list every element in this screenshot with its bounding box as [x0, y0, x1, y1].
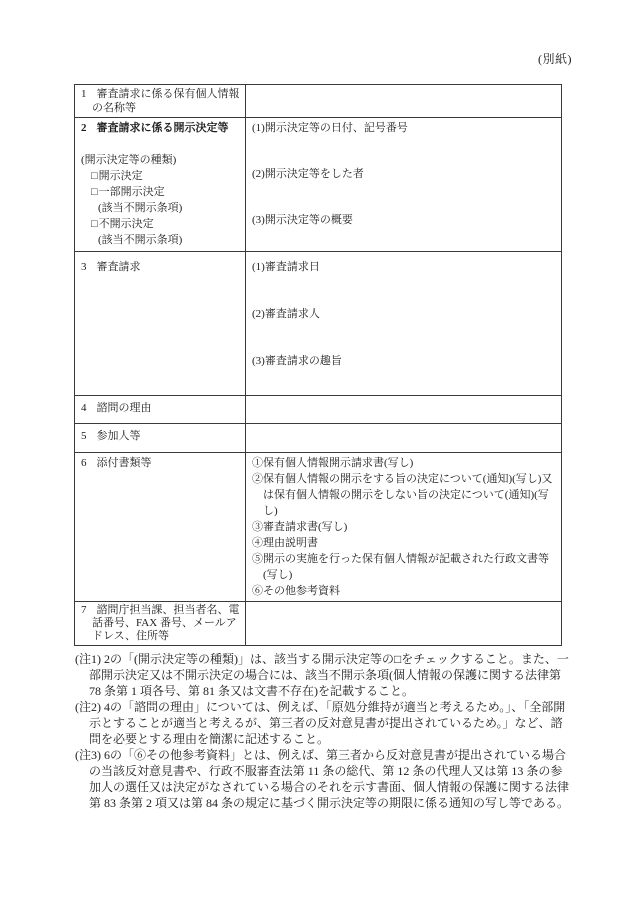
row1-title: 1審査請求に係る保有個人情報の名称等 — [81, 87, 241, 115]
row2-item-2: (2)開示決定等をした者 — [252, 166, 557, 182]
row2-label-cell: 2審査請求に係る開示決定等 (開示決定等の種類) □開示決定 □一部開示決定 (… — [75, 118, 246, 252]
attachment-item-3: ③審査請求書(写し) — [252, 519, 557, 535]
row-number: 6 — [81, 457, 97, 469]
row4-value-cell — [246, 396, 562, 424]
note-3: (注3) 6の「⑥その他参考資料」とは、例えば、第三者から反対意見書が提出されて… — [75, 747, 572, 811]
row3-item-3: (3)審査請求の趣旨 — [252, 353, 557, 369]
attachment-item-6: ⑥その他参考資料 — [252, 583, 557, 599]
row1-value-cell — [246, 85, 562, 118]
decision-option-disclosure: □開示決定 — [91, 168, 241, 184]
checkbox-label: 一部開示決定 — [99, 186, 165, 198]
row2-value-cell: (1)開示決定等の日付、記号番号 (2)開示決定等をした者 (3)開示決定等の概… — [246, 118, 562, 252]
row6-title: 6添付書類等 — [81, 455, 241, 471]
table-row-6: 6添付書類等 ①保有個人情報開示請求書(写し) ②保有個人情報の開示をする旨の決… — [75, 453, 562, 602]
row7-label-cell: 7諮問庁担当課、担当者名、電話番号、FAX 番号、メールアドレス、住所等 — [75, 602, 246, 646]
table-row-2: 2審査請求に係る開示決定等 (開示決定等の種類) □開示決定 □一部開示決定 (… — [75, 118, 562, 252]
checkbox-icon[interactable]: □ — [91, 170, 99, 182]
row1-label-cell: 1審査請求に係る保有個人情報の名称等 — [75, 85, 246, 118]
row-number: 4 — [81, 402, 97, 414]
table-row-5: 5参加人等 — [75, 424, 562, 453]
row2-title: 2審査請求に係る開示決定等 — [81, 120, 241, 136]
row3-label-cell: 3審査請求 — [75, 252, 246, 396]
non-disclosure-clause-note: (該当不開示条項) — [98, 200, 241, 216]
row-number: 2 — [81, 122, 97, 134]
note-1: (注1) 2の「(開示決定等の種類)」は、該当する開示決定等の□をチェックするこ… — [75, 651, 572, 699]
notes-section: (注1) 2の「(開示決定等の種類)」は、該当する開示決定等の□をチェックするこ… — [75, 651, 572, 811]
attachment-item-2: ②保有個人情報の開示をする旨の決定について(通知)(写し)又は保有個人情報の開示… — [252, 471, 557, 519]
row5-label-cell: 5参加人等 — [75, 424, 246, 453]
row-title-text: 審査請求に係る保有個人情報の名称等 — [92, 88, 240, 114]
row-number: 3 — [81, 261, 97, 273]
row-number: 7 — [81, 604, 97, 616]
row2-item-3: (3)開示決定等の概要 — [252, 212, 557, 228]
appeal-form-table: 1審査請求に係る保有個人情報の名称等 2審査請求に係る開示決定等 (開示決定等の… — [74, 84, 562, 646]
row6-value-cell: ①保有個人情報開示請求書(写し) ②保有個人情報の開示をする旨の決定について(通… — [246, 453, 562, 602]
note-2: (注2) 4の「諮問の理由」については、例えば、「原処分維持が適当と考えるため。… — [75, 699, 572, 747]
row-title-text: 諮問庁担当課、担当者名、電話番号、FAX 番号、メールアドレス、住所等 — [92, 604, 240, 642]
checkbox-label: 開示決定 — [99, 170, 143, 182]
attachment-label: (別紙) — [538, 50, 572, 67]
table-row-1: 1審査請求に係る保有個人情報の名称等 — [75, 85, 562, 118]
table-row-4: 4諮問の理由 — [75, 396, 562, 424]
row-title-text: 添付書類等 — [97, 457, 152, 469]
row3-value-cell: (1)審査請求日 (2)審査請求人 (3)審査請求の趣旨 — [246, 252, 562, 396]
row3-item-1: (1)審査請求日 — [252, 259, 557, 275]
attachment-item-4: ④理由説明書 — [252, 535, 557, 551]
row-title-text: 審査請求 — [97, 261, 141, 273]
row4-label-cell: 4諮問の理由 — [75, 396, 246, 424]
checkbox-label: 不開示決定 — [99, 218, 154, 230]
row-title-text: 諮問の理由 — [97, 402, 152, 414]
row6-label-cell: 6添付書類等 — [75, 453, 246, 602]
decision-type-header: (開示決定等の種類) — [81, 152, 241, 168]
table-row-3: 3審査請求 (1)審査請求日 (2)審査請求人 (3)審査請求の趣旨 — [75, 252, 562, 396]
row-title-text: 審査請求に係る開示決定等 — [97, 122, 229, 134]
row3-item-2: (2)審査請求人 — [252, 306, 557, 322]
attachment-item-1: ①保有個人情報開示請求書(写し) — [252, 455, 557, 471]
row-number: 5 — [81, 430, 97, 442]
non-disclosure-clause-note: (該当不開示条項) — [98, 232, 241, 248]
row5-value-cell — [246, 424, 562, 453]
decision-option-non-disclosure: □不開示決定 — [91, 216, 241, 232]
row4-title: 4諮問の理由 — [81, 400, 241, 416]
decision-option-partial-disclosure: □一部開示決定 — [91, 184, 241, 200]
table-row-7: 7諮問庁担当課、担当者名、電話番号、FAX 番号、メールアドレス、住所等 — [75, 602, 562, 646]
row-number: 1 — [81, 88, 97, 100]
row3-title: 3審査請求 — [81, 259, 241, 275]
checkbox-icon[interactable]: □ — [91, 186, 99, 198]
attachment-item-5: ⑤開示の実施を行った保有個人情報が記載された行政文書等(写し) — [252, 551, 557, 583]
row7-title: 7諮問庁担当課、担当者名、電話番号、FAX 番号、メールアドレス、住所等 — [81, 604, 241, 643]
checkbox-icon[interactable]: □ — [91, 218, 99, 230]
row-title-text: 参加人等 — [97, 430, 141, 442]
row7-value-cell — [246, 602, 562, 646]
row2-item-1: (1)開示決定等の日付、記号番号 — [252, 120, 557, 136]
row5-title: 5参加人等 — [81, 428, 241, 444]
